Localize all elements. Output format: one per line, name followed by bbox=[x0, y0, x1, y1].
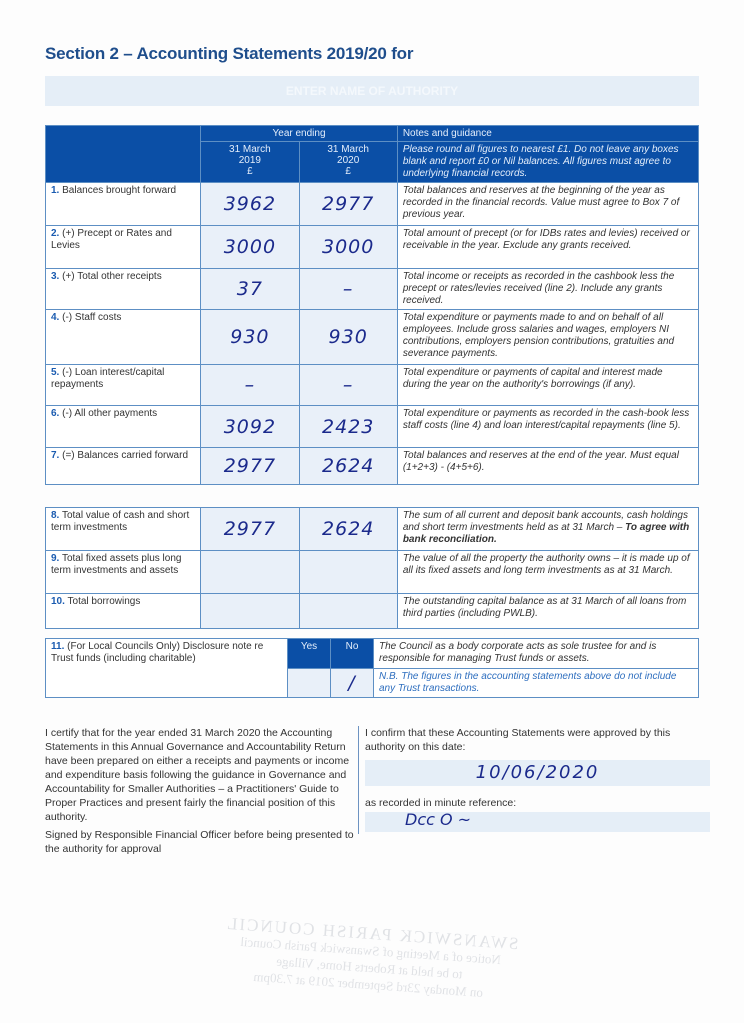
row-note: The sum of all current and deposit bank … bbox=[397, 508, 698, 551]
value-2020-field[interactable] bbox=[299, 594, 397, 629]
row-label: 4. (-) Staff costs bbox=[46, 310, 201, 365]
approval-date-field[interactable]: 10/06/2020 bbox=[365, 760, 710, 786]
trust-no-checkbox[interactable]: / bbox=[331, 668, 374, 698]
page-title: Section 2 – Accounting Statements 2019/2… bbox=[45, 44, 413, 64]
authority-name-field[interactable]: ENTER NAME OF AUTHORITY bbox=[45, 76, 699, 106]
row-label: 8. Total value of cash and short term in… bbox=[46, 508, 201, 551]
value-2020-field[interactable]: 2977 bbox=[299, 183, 397, 226]
table-row: 7. (=) Balances carried forward29772624T… bbox=[46, 448, 699, 485]
value-2020-field[interactable]: 3000 bbox=[299, 226, 397, 269]
value-2020-field[interactable]: – bbox=[299, 365, 397, 406]
col-2019-header: 31 March 2019 £ bbox=[201, 142, 299, 183]
row-label: 6. (-) All other payments bbox=[46, 406, 201, 448]
value-2019-field[interactable] bbox=[201, 594, 299, 629]
value-2020-field[interactable] bbox=[299, 551, 397, 594]
value-2019-field[interactable]: 37 bbox=[201, 269, 299, 310]
table-row: 10. Total borrowingsThe outstanding capi… bbox=[46, 594, 699, 629]
row-note: Total income or receipts as recorded in … bbox=[397, 269, 698, 310]
trust-funds-table: 11. (For Local Councils Only) Disclosure… bbox=[45, 638, 699, 698]
row-note: The outstanding capital balance as at 31… bbox=[397, 594, 698, 629]
trust-yes-checkbox[interactable] bbox=[288, 668, 331, 698]
yes-header: Yes bbox=[288, 639, 331, 669]
row-note: Total balances and reserves at the end o… bbox=[397, 448, 698, 485]
value-2019-field[interactable]: 2977 bbox=[201, 448, 299, 485]
no-header: No bbox=[331, 639, 374, 669]
value-2019-field[interactable]: 3000 bbox=[201, 226, 299, 269]
header-blank-cell bbox=[46, 126, 201, 183]
row-note: Total expenditure or payments of capital… bbox=[397, 365, 698, 406]
table-row: 8. Total value of cash and short term in… bbox=[46, 508, 699, 551]
table-row: 1. Balances brought forward39622977Total… bbox=[46, 183, 699, 226]
row-note: Total balances and reserves at the begin… bbox=[397, 183, 698, 226]
table-row: 6. (-) All other payments30922423Total e… bbox=[46, 406, 699, 448]
rfo-certification: I certify that for the year ended 31 Mar… bbox=[45, 726, 355, 856]
guidance-note: Please round all figures to nearest £1. … bbox=[397, 142, 698, 183]
value-2019-field[interactable]: 3962 bbox=[201, 183, 299, 226]
table-row: 4. (-) Staff costs930930Total expenditur… bbox=[46, 310, 699, 365]
value-2019-field[interactable]: 930 bbox=[201, 310, 299, 365]
row-label: 9. Total fixed assets plus long term inv… bbox=[46, 551, 201, 594]
year-ending-header: Year ending bbox=[201, 126, 398, 142]
value-2019-field[interactable]: 2977 bbox=[201, 508, 299, 551]
value-2020-field[interactable]: 2624 bbox=[299, 508, 397, 551]
row-label: 7. (=) Balances carried forward bbox=[46, 448, 201, 485]
row-label: 3. (+) Total other receipts bbox=[46, 269, 201, 310]
assets-table: 8. Total value of cash and short term in… bbox=[45, 507, 699, 629]
value-2020-field[interactable]: – bbox=[299, 269, 397, 310]
row-note: Total expenditure or payments made to an… bbox=[397, 310, 698, 365]
value-2020-field[interactable]: 2423 bbox=[299, 406, 397, 448]
row-label: 2. (+) Precept or Rates and Levies bbox=[46, 226, 201, 269]
row-note: Total expenditure or payments as recorde… bbox=[397, 406, 698, 448]
value-2020-field[interactable]: 930 bbox=[299, 310, 397, 365]
table-row: 3. (+) Total other receipts37–Total inco… bbox=[46, 269, 699, 310]
row-label: 1. Balances brought forward bbox=[46, 183, 201, 226]
row-label: 5. (-) Loan interest/capital repayments bbox=[46, 365, 201, 406]
row-label: 10. Total borrowings bbox=[46, 594, 201, 629]
notes-header: Notes and guidance bbox=[397, 126, 698, 142]
row-note: Total amount of precept (or for IDBs rat… bbox=[397, 226, 698, 269]
accounting-statements-table: Year ending Notes and guidance 31 March … bbox=[45, 125, 699, 485]
value-2019-field[interactable]: 3092 bbox=[201, 406, 299, 448]
table-row: 9. Total fixed assets plus long term inv… bbox=[46, 551, 699, 594]
value-2019-field[interactable] bbox=[201, 551, 299, 594]
trust-nb-note: N.B. The figures in the accounting state… bbox=[374, 668, 699, 698]
row-note: The value of all the property the author… bbox=[397, 551, 698, 594]
trust-note: The Council as a body corporate acts as … bbox=[374, 639, 699, 669]
approval-confirmation: I confirm that these Accounting Statemen… bbox=[358, 726, 710, 834]
table-row: 2. (+) Precept or Rates and Levies300030… bbox=[46, 226, 699, 269]
bleed-through-text: SWANSWICK PARISH COUNCIL Notice of a Mee… bbox=[188, 913, 552, 1006]
minute-reference-field[interactable]: Dcc O ~ bbox=[365, 812, 710, 832]
value-2020-field[interactable]: 2624 bbox=[299, 448, 397, 485]
col-2020-header: 31 March 2020 £ bbox=[299, 142, 397, 183]
rfo-signature-line: Signed by Responsible Financial Officer … bbox=[45, 828, 355, 856]
trust-label: 11. (For Local Councils Only) Disclosure… bbox=[46, 639, 288, 698]
value-2019-field[interactable]: – bbox=[201, 365, 299, 406]
table-row: 5. (-) Loan interest/capital repayments–… bbox=[46, 365, 699, 406]
